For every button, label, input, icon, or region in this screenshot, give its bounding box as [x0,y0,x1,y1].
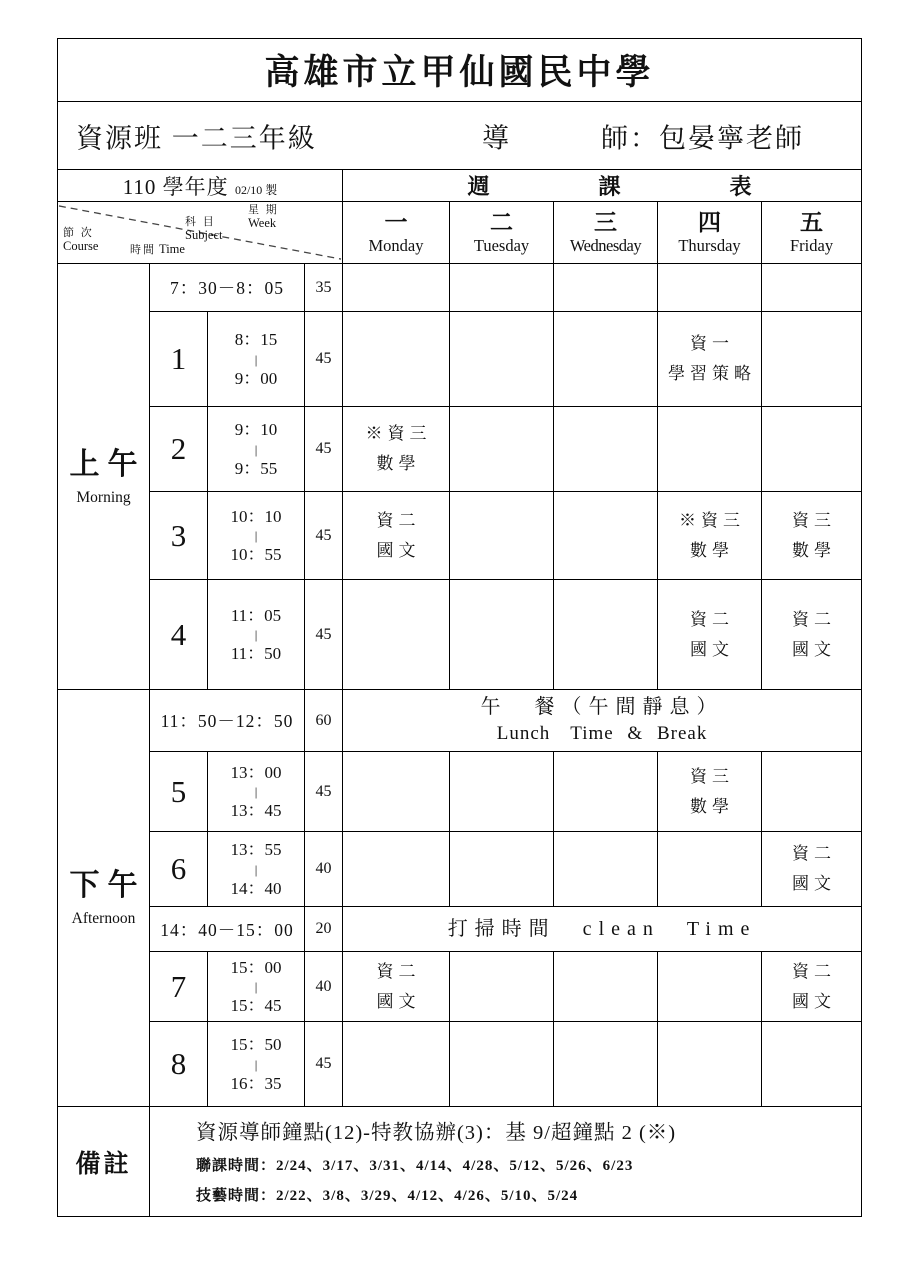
corner-week-label: 星 期 Week [248,205,279,230]
period-4-time: 11：05 | 11：50 [208,580,305,690]
notes-line-club-time: 聯課時間：2/24、3/17、3/31、4/14、4/28、5/12、5/26、… [196,1154,853,1175]
day-header-tuesday: 二Tuesday [450,202,554,264]
corner-diagonal-cell: 星 期 Week 科 目 Subject 節 次 Course 時間Time [58,202,343,264]
period-2-number: 2 [150,407,208,492]
row-period-5: 5 13：00 | 13：45 45 資三數學 [58,752,862,832]
period-1-number: 1 [150,312,208,407]
cell-p7-wednesday [554,952,658,1022]
cell-p8-wednesday [554,1022,658,1107]
day-header-thursday: 四Thursday [658,202,762,264]
cell-p1-tuesday [450,312,554,407]
cell-r0-monday [343,264,450,312]
cell-p3-monday: 資二國文 [343,492,450,580]
cell-p2-thursday [658,407,762,492]
cell-p5-monday [343,752,450,832]
row-homeroom-time: 上午 Morning 7：30－8：05 35 [58,264,862,312]
row-year-title: 110 學年度 02/10 製 週 課 表 [58,170,862,202]
cell-p8-tuesday [450,1022,554,1107]
timetable-sheet: 高雄市立甲仙國民中學 資源班 一二三年級 導 師：包晏寧老師 110 學年度 0… [57,38,862,1217]
cell-p3-tuesday [450,492,554,580]
period-2-duration: 45 [305,407,343,492]
cell-p5-wednesday [554,752,658,832]
teacher-label-part1: 導 [482,116,511,155]
teacher-label-part2: 師：包晏寧老師 [601,116,804,155]
cell-p5-tuesday [450,752,554,832]
cell-p6-thursday [658,832,762,907]
made-date: 02/10 製 [235,183,277,197]
cell-p2-wednesday [554,407,658,492]
period-7-number: 7 [150,952,208,1022]
period-6-time: 13：55 | 14：40 [208,832,305,907]
period-4-duration: 45 [305,580,343,690]
period-1-time: 8：15 | 9：00 [208,312,305,407]
class-info-cell: 資源班 一二三年級 導 師：包晏寧老師 [58,102,862,170]
cell-p5-thursday: 資三數學 [658,752,762,832]
cell-p2-tuesday [450,407,554,492]
page-title: 高雄市立甲仙國民中學 [58,39,862,102]
period-8-time: 15：50 | 16：35 [208,1022,305,1107]
row-period-8: 8 15：50 | 16：35 45 [58,1022,862,1107]
lunch-label-cell: 午 餐（午間靜息） Lunch Time & Break [343,690,862,752]
timetable-title-char: 表 [730,170,752,201]
cell-p3-friday: 資三數學 [762,492,862,580]
cell-p8-friday [762,1022,862,1107]
notes-body: 資源導師鐘點(12)-特教協辦(3)：基 9/超鐘點 2 (※) 聯課時間：2/… [150,1107,862,1217]
cell-p6-wednesday [554,832,658,907]
lunch-label-en: Lunch Time & Break [343,721,861,747]
timetable-title-char: 週 [468,170,490,201]
clean-label: 打掃時間 clean Time [343,916,861,943]
corner-subject-label: 科 目 Subject [185,217,223,242]
cell-r0-thursday [658,264,762,312]
period-3-number: 3 [150,492,208,580]
cell-p3-wednesday [554,492,658,580]
clean-time: 14：40－15：00 [150,907,305,952]
timetable-title-char: 課 [599,170,621,201]
row-day-header: 星 期 Week 科 目 Subject 節 次 Course 時間Time 一… [58,202,862,264]
period-5-number: 5 [150,752,208,832]
cell-p7-tuesday [450,952,554,1022]
period-7-time: 15：00 | 15：45 [208,952,305,1022]
row-class-info: 資源班 一二三年級 導 師：包晏寧老師 [58,102,862,170]
cell-p6-tuesday [450,832,554,907]
row-notes: 備註 資源導師鐘點(12)-特教協辦(3)：基 9/超鐘點 2 (※) 聯課時間… [58,1107,862,1217]
school-year-cell: 110 學年度 02/10 製 [58,170,343,202]
cell-p1-monday [343,312,450,407]
cell-p7-monday: 資二國文 [343,952,450,1022]
lunch-time: 11：50－12：50 [150,690,305,752]
clean-duration: 20 [305,907,343,952]
row-period-4: 4 11：05 | 11：50 45 資二國文 資二國文 [58,580,862,690]
period-4-number: 4 [150,580,208,690]
section-morning: 上午 Morning [58,264,150,690]
period-3-time: 10：10 | 10：55 [208,492,305,580]
notes-label: 備註 [58,1107,150,1217]
period-8-number: 8 [150,1022,208,1107]
cell-p2-friday [762,407,862,492]
cell-p4-friday: 資二國文 [762,580,862,690]
cell-p4-monday [343,580,450,690]
notes-line-skill-time: 技藝時間：2/22、3/8、3/29、4/12、4/26、5/10、5/24 [196,1184,853,1205]
class-info-line: 資源班 一二三年級 導 師：包晏寧老師 [58,102,861,169]
cell-p1-wednesday [554,312,658,407]
timetable-title-cell: 週 課 表 [343,170,862,202]
cell-p2-monday: ※資三數學 [343,407,450,492]
cell-p6-monday [343,832,450,907]
cell-p7-friday: 資二國文 [762,952,862,1022]
notes-line-hours: 資源導師鐘點(12)-特教協辦(3)：基 9/超鐘點 2 (※) [196,1115,853,1145]
cell-p1-friday [762,312,862,407]
row-clean-time: 14：40－15：00 20 打掃時間 clean Time [58,907,862,952]
cell-r0-wednesday [554,264,658,312]
period-6-number: 6 [150,832,208,907]
class-name: 資源班 一二三年級 [76,116,317,155]
homeroom-time: 7：30－8：05 [150,264,305,312]
cell-p4-wednesday [554,580,658,690]
homeroom-duration: 35 [305,264,343,312]
cell-p1-thursday: 資一學習策略 [658,312,762,407]
cell-p8-thursday [658,1022,762,1107]
timetable-table: 高雄市立甲仙國民中學 資源班 一二三年級 導 師：包晏寧老師 110 學年度 0… [57,38,862,1217]
cell-p7-thursday [658,952,762,1022]
cell-p4-thursday: 資二國文 [658,580,762,690]
period-2-time: 9：10 | 9：55 [208,407,305,492]
cell-p8-monday [343,1022,450,1107]
cell-p3-thursday: ※資三數學 [658,492,762,580]
row-lunch: 下午 Afternoon 11：50－12：50 60 午 餐（午間靜息） Lu… [58,690,862,752]
period-6-duration: 40 [305,832,343,907]
cell-p5-friday [762,752,862,832]
row-school-title: 高雄市立甲仙國民中學 [58,39,862,102]
school-year: 110 學年度 [123,175,229,199]
period-7-duration: 40 [305,952,343,1022]
period-5-time: 13：00 | 13：45 [208,752,305,832]
row-period-2: 2 9：10 | 9：55 45 ※資三數學 [58,407,862,492]
day-header-friday: 五Friday [762,202,862,264]
period-3-duration: 45 [305,492,343,580]
row-period-1: 1 8：15 | 9：00 45 資一學習策略 [58,312,862,407]
corner-course-label: 節 次 Course [63,228,98,253]
period-1-duration: 45 [305,312,343,407]
day-header-monday: 一Monday [343,202,450,264]
lunch-label-cjk: 午 餐（午間靜息） [343,694,861,721]
row-period-3: 3 10：10 | 10：55 45 資二國文 ※資三數學 資三數學 [58,492,862,580]
row-period-6: 6 13：55 | 14：40 40 資二國文 [58,832,862,907]
row-period-7: 7 15：00 | 15：45 40 資二國文 資二國文 [58,952,862,1022]
period-5-duration: 45 [305,752,343,832]
cell-r0-tuesday [450,264,554,312]
section-afternoon: 下午 Afternoon [58,690,150,1107]
period-8-duration: 45 [305,1022,343,1107]
day-header-wednesday: 三Wednesday [554,202,658,264]
lunch-duration: 60 [305,690,343,752]
cell-r0-friday [762,264,862,312]
corner-time-label: 時間Time [130,243,185,257]
cell-p4-tuesday [450,580,554,690]
cell-p6-friday: 資二國文 [762,832,862,907]
clean-label-cell: 打掃時間 clean Time [343,907,862,952]
